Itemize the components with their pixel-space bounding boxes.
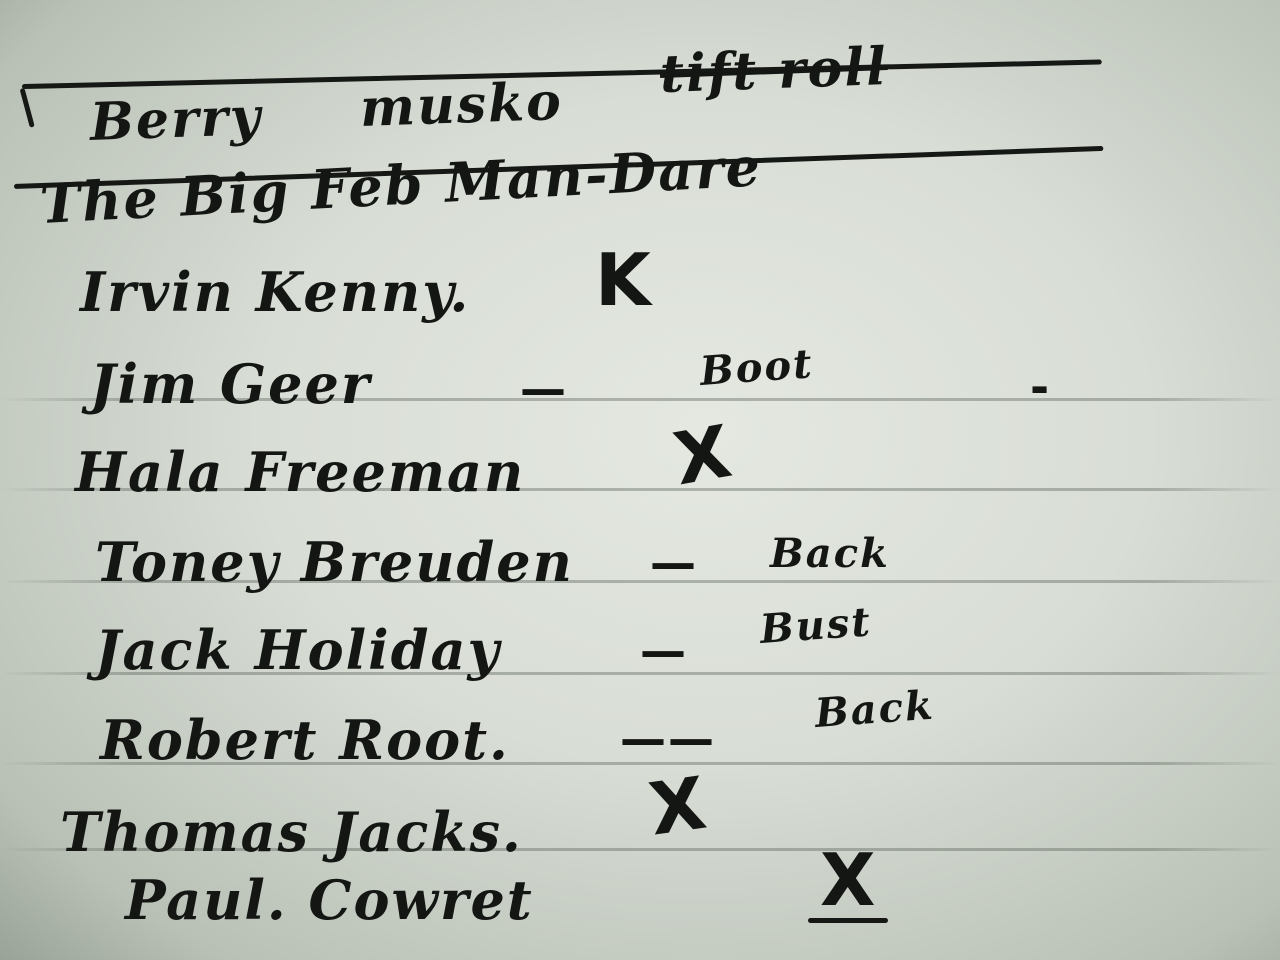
x-mark: X <box>820 838 878 922</box>
x-mark: X <box>644 760 713 851</box>
dash-mark: — <box>520 362 568 416</box>
list-item-name: Jim Geer <box>90 352 371 416</box>
list-item-name: Irvin Kenny. <box>80 260 470 324</box>
list-item-note: Back <box>770 530 890 577</box>
list-item-name: Robert Root. <box>100 708 510 772</box>
list-item-name: Paul. Cowret <box>125 868 534 932</box>
header-word-struck: tift roll <box>659 36 889 105</box>
list-item-name: Jack Holiday <box>95 618 501 682</box>
dash-mark: — <box>650 536 698 590</box>
list-item-note: Boot <box>698 340 815 395</box>
dash-mark: — <box>640 624 688 678</box>
header-bracket-tick <box>20 88 35 128</box>
header-word-2: musko <box>359 71 564 139</box>
header-word-1: Berry <box>89 86 263 153</box>
list-item-name: Thomas Jacks. <box>60 800 523 864</box>
list-item-name: Toney Breuden <box>95 530 574 594</box>
list-item-note: Bust <box>758 598 873 653</box>
k-mark: K <box>595 238 653 322</box>
trailing-dash: - <box>1030 360 1051 414</box>
list-item-name: Hala Freeman <box>75 440 525 504</box>
list-item-note: Back <box>813 682 936 737</box>
x-underline <box>808 918 888 923</box>
dash-mark: —— <box>620 712 716 766</box>
handwritten-paper: Berry musko tift roll The Big Feb Man-Da… <box>0 0 1280 960</box>
